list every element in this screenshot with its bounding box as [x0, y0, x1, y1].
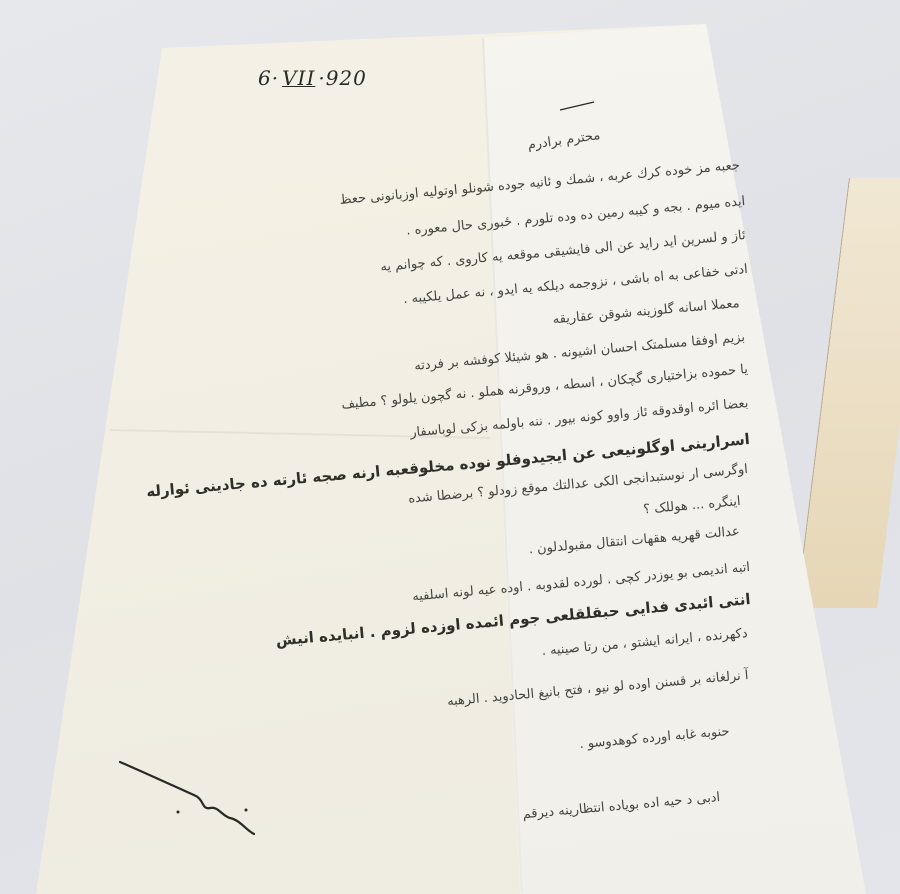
letter-date: 6·VII·920 [258, 66, 367, 90]
second-paper-card [797, 178, 900, 608]
date-day: 6 [258, 66, 272, 90]
ink-stroke [558, 100, 598, 112]
date-year: 920 [326, 66, 367, 90]
signature-mark [118, 760, 268, 850]
photo-scene: 6·VII·920 محترم برادرم جعبه مز خوده کرك … [0, 0, 900, 894]
date-month: VII [279, 66, 318, 90]
